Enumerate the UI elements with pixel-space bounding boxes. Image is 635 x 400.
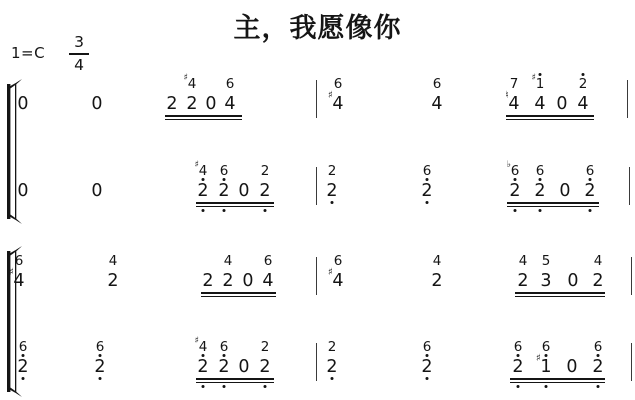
accidental: ♯ bbox=[532, 73, 536, 83]
key-signature: 1=C bbox=[11, 44, 45, 62]
octave-dot bbox=[545, 354, 548, 357]
chord-top-number: 2 bbox=[328, 165, 337, 178]
octave-dot bbox=[202, 385, 205, 388]
time-denominator: 4 bbox=[66, 56, 92, 75]
note-number: 4 bbox=[577, 95, 588, 113]
note-number: 2 bbox=[509, 182, 520, 200]
octave-dot bbox=[517, 354, 520, 357]
note-number: 2 bbox=[197, 358, 208, 376]
note-number: 2 bbox=[421, 358, 432, 376]
chord-top-number: 2 bbox=[261, 341, 270, 354]
octave-dot bbox=[99, 377, 102, 380]
octave-dot bbox=[223, 385, 226, 388]
beam-line bbox=[507, 202, 599, 204]
octave-dot bbox=[514, 178, 517, 181]
octave-dot bbox=[426, 354, 429, 357]
chord-top-number: 5 bbox=[542, 255, 551, 268]
octave-dot bbox=[545, 385, 548, 388]
note-number: 0 bbox=[238, 182, 249, 200]
barline bbox=[316, 167, 317, 205]
note-number: 0 bbox=[556, 95, 567, 113]
octave-dot bbox=[589, 209, 592, 212]
chord-top-number: 6 bbox=[334, 78, 343, 91]
octave-dot bbox=[264, 209, 267, 212]
note-number: 2 bbox=[592, 358, 603, 376]
score-title: 主，我愿像你 bbox=[0, 6, 635, 45]
chord-top-number: 6 bbox=[423, 341, 432, 354]
note-number: 0 bbox=[242, 272, 253, 290]
chord-top-number: 6 bbox=[334, 255, 343, 268]
note-number: 2 bbox=[326, 358, 337, 376]
time-signature: 3 4 bbox=[66, 33, 92, 75]
barline bbox=[316, 257, 317, 295]
chord-top-number: 4 bbox=[433, 255, 442, 268]
octave-dot bbox=[223, 178, 226, 181]
note-number: 2 bbox=[592, 272, 603, 290]
octave-dot bbox=[589, 178, 592, 181]
note-number: 2 bbox=[186, 95, 197, 113]
note-number: 2 bbox=[107, 272, 118, 290]
chord-top-number: 6 bbox=[536, 165, 545, 178]
chord-top-number: 6 bbox=[220, 341, 229, 354]
octave-dot bbox=[539, 178, 542, 181]
note-number: 4 bbox=[431, 95, 442, 113]
note-number: 4♮ bbox=[508, 95, 519, 113]
accidental: ♯ bbox=[328, 268, 333, 278]
note-number: 4 bbox=[224, 95, 235, 113]
octave-dot bbox=[99, 354, 102, 357]
accidental: ♯ bbox=[9, 268, 14, 278]
note-number: 0 bbox=[559, 182, 570, 200]
note-number: 0 bbox=[205, 95, 216, 113]
octave-dot bbox=[582, 73, 585, 76]
octave-dot bbox=[597, 385, 600, 388]
chord-top-number: 6 bbox=[226, 78, 235, 91]
octave-dot bbox=[22, 377, 25, 380]
chord-top-number: 6 bbox=[264, 255, 273, 268]
chord-top-number: 4 bbox=[109, 255, 118, 268]
note-number: 2 bbox=[218, 182, 229, 200]
beam-line bbox=[506, 115, 594, 117]
barline bbox=[631, 257, 632, 295]
barline bbox=[316, 343, 317, 381]
note-number: 2 bbox=[584, 182, 595, 200]
octave-dot bbox=[331, 377, 334, 380]
chord-top-number: 4♯ bbox=[199, 165, 208, 178]
note-number: 2 bbox=[17, 358, 28, 376]
octave-dot bbox=[202, 354, 205, 357]
chord-top-number: 4 bbox=[519, 255, 528, 268]
chord-top-number: 4 bbox=[224, 255, 233, 268]
note-number: 2 bbox=[431, 272, 442, 290]
note-number: 4♯ bbox=[332, 272, 343, 290]
note-number: 4♯ bbox=[332, 95, 343, 113]
octave-dot bbox=[539, 209, 542, 212]
beam-line bbox=[201, 296, 276, 298]
octave-dot bbox=[426, 377, 429, 380]
octave-dot bbox=[22, 354, 25, 357]
note-number: 2 bbox=[202, 272, 213, 290]
chord-top-number: 6 bbox=[19, 341, 28, 354]
note-number: 4 bbox=[262, 272, 273, 290]
beam-line bbox=[515, 296, 605, 298]
barline bbox=[631, 343, 632, 381]
barline bbox=[627, 80, 628, 118]
barline bbox=[629, 167, 630, 205]
chord-top-number: 6 bbox=[96, 341, 105, 354]
note-number: 2 bbox=[94, 358, 105, 376]
note-number: 2 bbox=[259, 182, 270, 200]
octave-dot bbox=[202, 178, 205, 181]
accidental: ♮ bbox=[505, 91, 509, 101]
beam-line bbox=[507, 206, 599, 208]
fraction-bar bbox=[69, 53, 89, 55]
beam-line bbox=[201, 292, 276, 294]
note-number: 2 bbox=[166, 95, 177, 113]
accidental: ♯ bbox=[195, 160, 199, 170]
octave-dot bbox=[223, 354, 226, 357]
octave-dot bbox=[202, 209, 205, 212]
octave-dot bbox=[539, 73, 542, 76]
chord-top-number: 2 bbox=[579, 78, 588, 91]
note-number: 2 bbox=[326, 182, 337, 200]
score-page: 主，我愿像你 1=C 3 4 00224♯0464♯6464♮741♯04200… bbox=[0, 0, 635, 400]
chord-top-number: 6 bbox=[15, 255, 24, 268]
time-numerator: 3 bbox=[66, 33, 92, 52]
octave-dot bbox=[597, 354, 600, 357]
octave-dot bbox=[223, 209, 226, 212]
chord-top-number: 4♯ bbox=[188, 78, 197, 91]
note-number: 0 bbox=[238, 358, 249, 376]
note-number: 2 bbox=[534, 182, 545, 200]
beam-line bbox=[196, 202, 274, 204]
note-number: 0 bbox=[566, 358, 577, 376]
chord-top-number: 6 bbox=[542, 341, 551, 354]
chord-top-number: 6 bbox=[586, 165, 595, 178]
octave-dot bbox=[264, 385, 267, 388]
beam-line bbox=[515, 292, 605, 294]
chord-top-number: 6 bbox=[514, 341, 523, 354]
note-number: 2 bbox=[512, 358, 523, 376]
note-number: 3 bbox=[540, 272, 551, 290]
note-number: 2 bbox=[421, 182, 432, 200]
accidental: ♯ bbox=[184, 73, 188, 83]
note-number: 2 bbox=[517, 272, 528, 290]
beam-line bbox=[196, 382, 274, 384]
note-number: 0 bbox=[17, 95, 28, 113]
octave-dot bbox=[426, 201, 429, 204]
octave-dot bbox=[426, 178, 429, 181]
barline bbox=[316, 80, 317, 118]
chord-top-number: 7 bbox=[510, 78, 519, 91]
note-number: 2 bbox=[222, 272, 233, 290]
note-number: 0 bbox=[91, 182, 102, 200]
accidental: ♯ bbox=[328, 91, 333, 101]
accidental: ♯ bbox=[195, 336, 199, 346]
beam-line bbox=[196, 378, 274, 380]
chord-top-number: 6♭ bbox=[511, 165, 520, 178]
octave-dot bbox=[331, 201, 334, 204]
accidental: ♭ bbox=[507, 160, 511, 170]
chord-top-number: 6 bbox=[594, 341, 603, 354]
accidental: ♯ bbox=[536, 354, 541, 364]
beam-line bbox=[510, 378, 605, 380]
chord-top-number: 6 bbox=[423, 165, 432, 178]
note-number: 4 bbox=[534, 95, 545, 113]
note-number: 0 bbox=[567, 272, 578, 290]
chord-top-number: 4 bbox=[594, 255, 603, 268]
chord-top-number: 2 bbox=[328, 341, 337, 354]
octave-dot bbox=[517, 385, 520, 388]
beam-line bbox=[196, 206, 274, 208]
beam-line bbox=[165, 119, 242, 121]
beam-line bbox=[506, 119, 594, 121]
note-number: 4♯ bbox=[13, 272, 24, 290]
beam-line bbox=[165, 115, 242, 117]
chord-top-number: 6 bbox=[220, 165, 229, 178]
beam-line bbox=[510, 382, 605, 384]
note-number: 2 bbox=[259, 358, 270, 376]
note-number: 2 bbox=[218, 358, 229, 376]
chord-top-number: 2 bbox=[261, 165, 270, 178]
chord-top-number: 4♯ bbox=[199, 341, 208, 354]
note-number: 1♯ bbox=[540, 358, 551, 376]
octave-dot bbox=[514, 209, 517, 212]
chord-top-number: 6 bbox=[433, 78, 442, 91]
note-number: 0 bbox=[91, 95, 102, 113]
note-number: 2 bbox=[197, 182, 208, 200]
note-number: 0 bbox=[17, 182, 28, 200]
chord-top-number: 1♯ bbox=[536, 78, 545, 91]
